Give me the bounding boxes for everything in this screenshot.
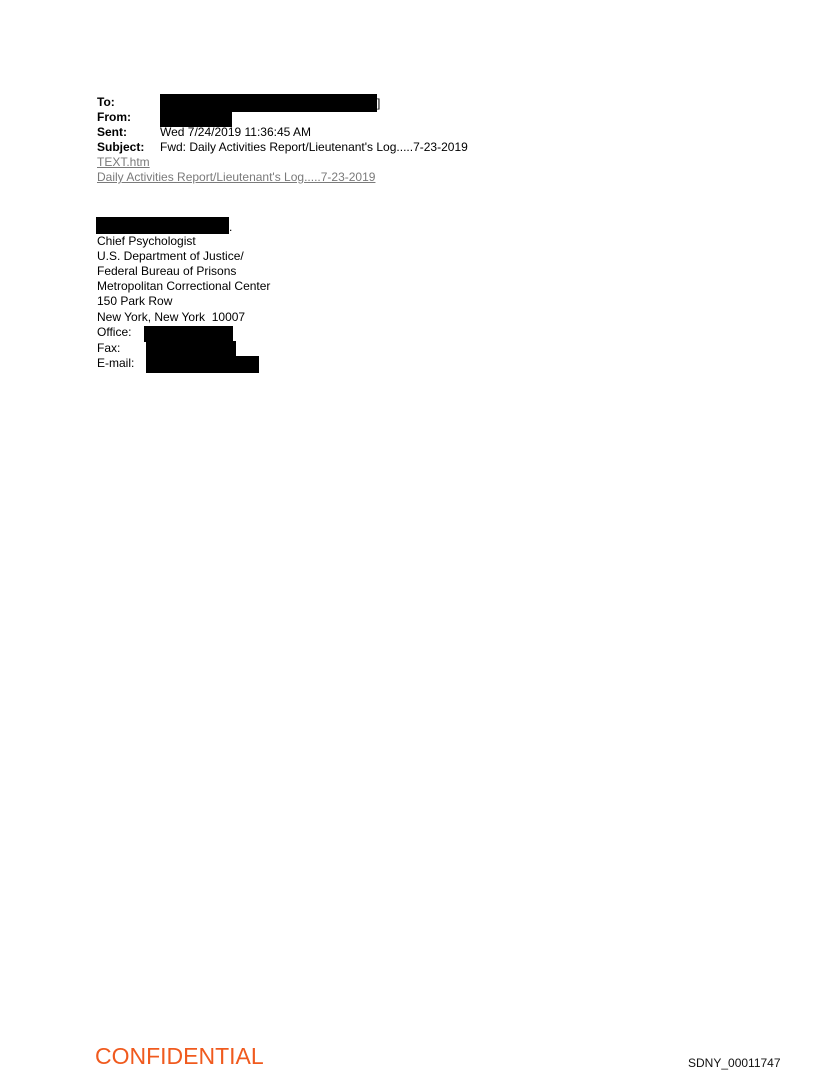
attachment-link-text-htm[interactable]: TEXT.htm xyxy=(97,155,150,169)
fax-label: Fax: xyxy=(97,341,120,355)
sig-department: U.S. Department of Justice/ xyxy=(97,249,244,263)
bates-number: SDNY_00011747 xyxy=(688,1056,781,1070)
sig-city: New York, New York 10007 xyxy=(97,310,245,324)
to-trailing-bracket: ] xyxy=(377,96,380,110)
attachment-link-daily-report[interactable]: Daily Activities Report/Lieutenant's Log… xyxy=(97,170,375,184)
sig-street: 150 Park Row xyxy=(97,294,172,308)
fax-redaction xyxy=(146,341,236,357)
from-label: From: xyxy=(97,110,131,124)
name-trailing-dot: . xyxy=(229,220,232,234)
sent-value: Wed 7/24/2019 11:36:45 AM xyxy=(160,125,311,139)
office-label: Office: xyxy=(97,325,131,339)
email-redaction xyxy=(146,356,259,373)
name-redaction xyxy=(96,217,229,234)
to-redaction xyxy=(160,94,377,112)
email-label: E-mail: xyxy=(97,356,134,370)
confidential-stamp: CONFIDENTIAL xyxy=(95,1043,264,1069)
subject-label: Subject: xyxy=(97,140,144,154)
to-label: To: xyxy=(97,95,115,109)
sent-label: Sent: xyxy=(97,125,127,139)
subject-value: Fwd: Daily Activities Report/Lieutenant'… xyxy=(160,140,468,154)
sig-bureau: Federal Bureau of Prisons xyxy=(97,264,236,278)
office-redaction xyxy=(144,326,233,342)
sig-title: Chief Psychologist xyxy=(97,234,196,248)
sig-facility: Metropolitan Correctional Center xyxy=(97,279,270,293)
